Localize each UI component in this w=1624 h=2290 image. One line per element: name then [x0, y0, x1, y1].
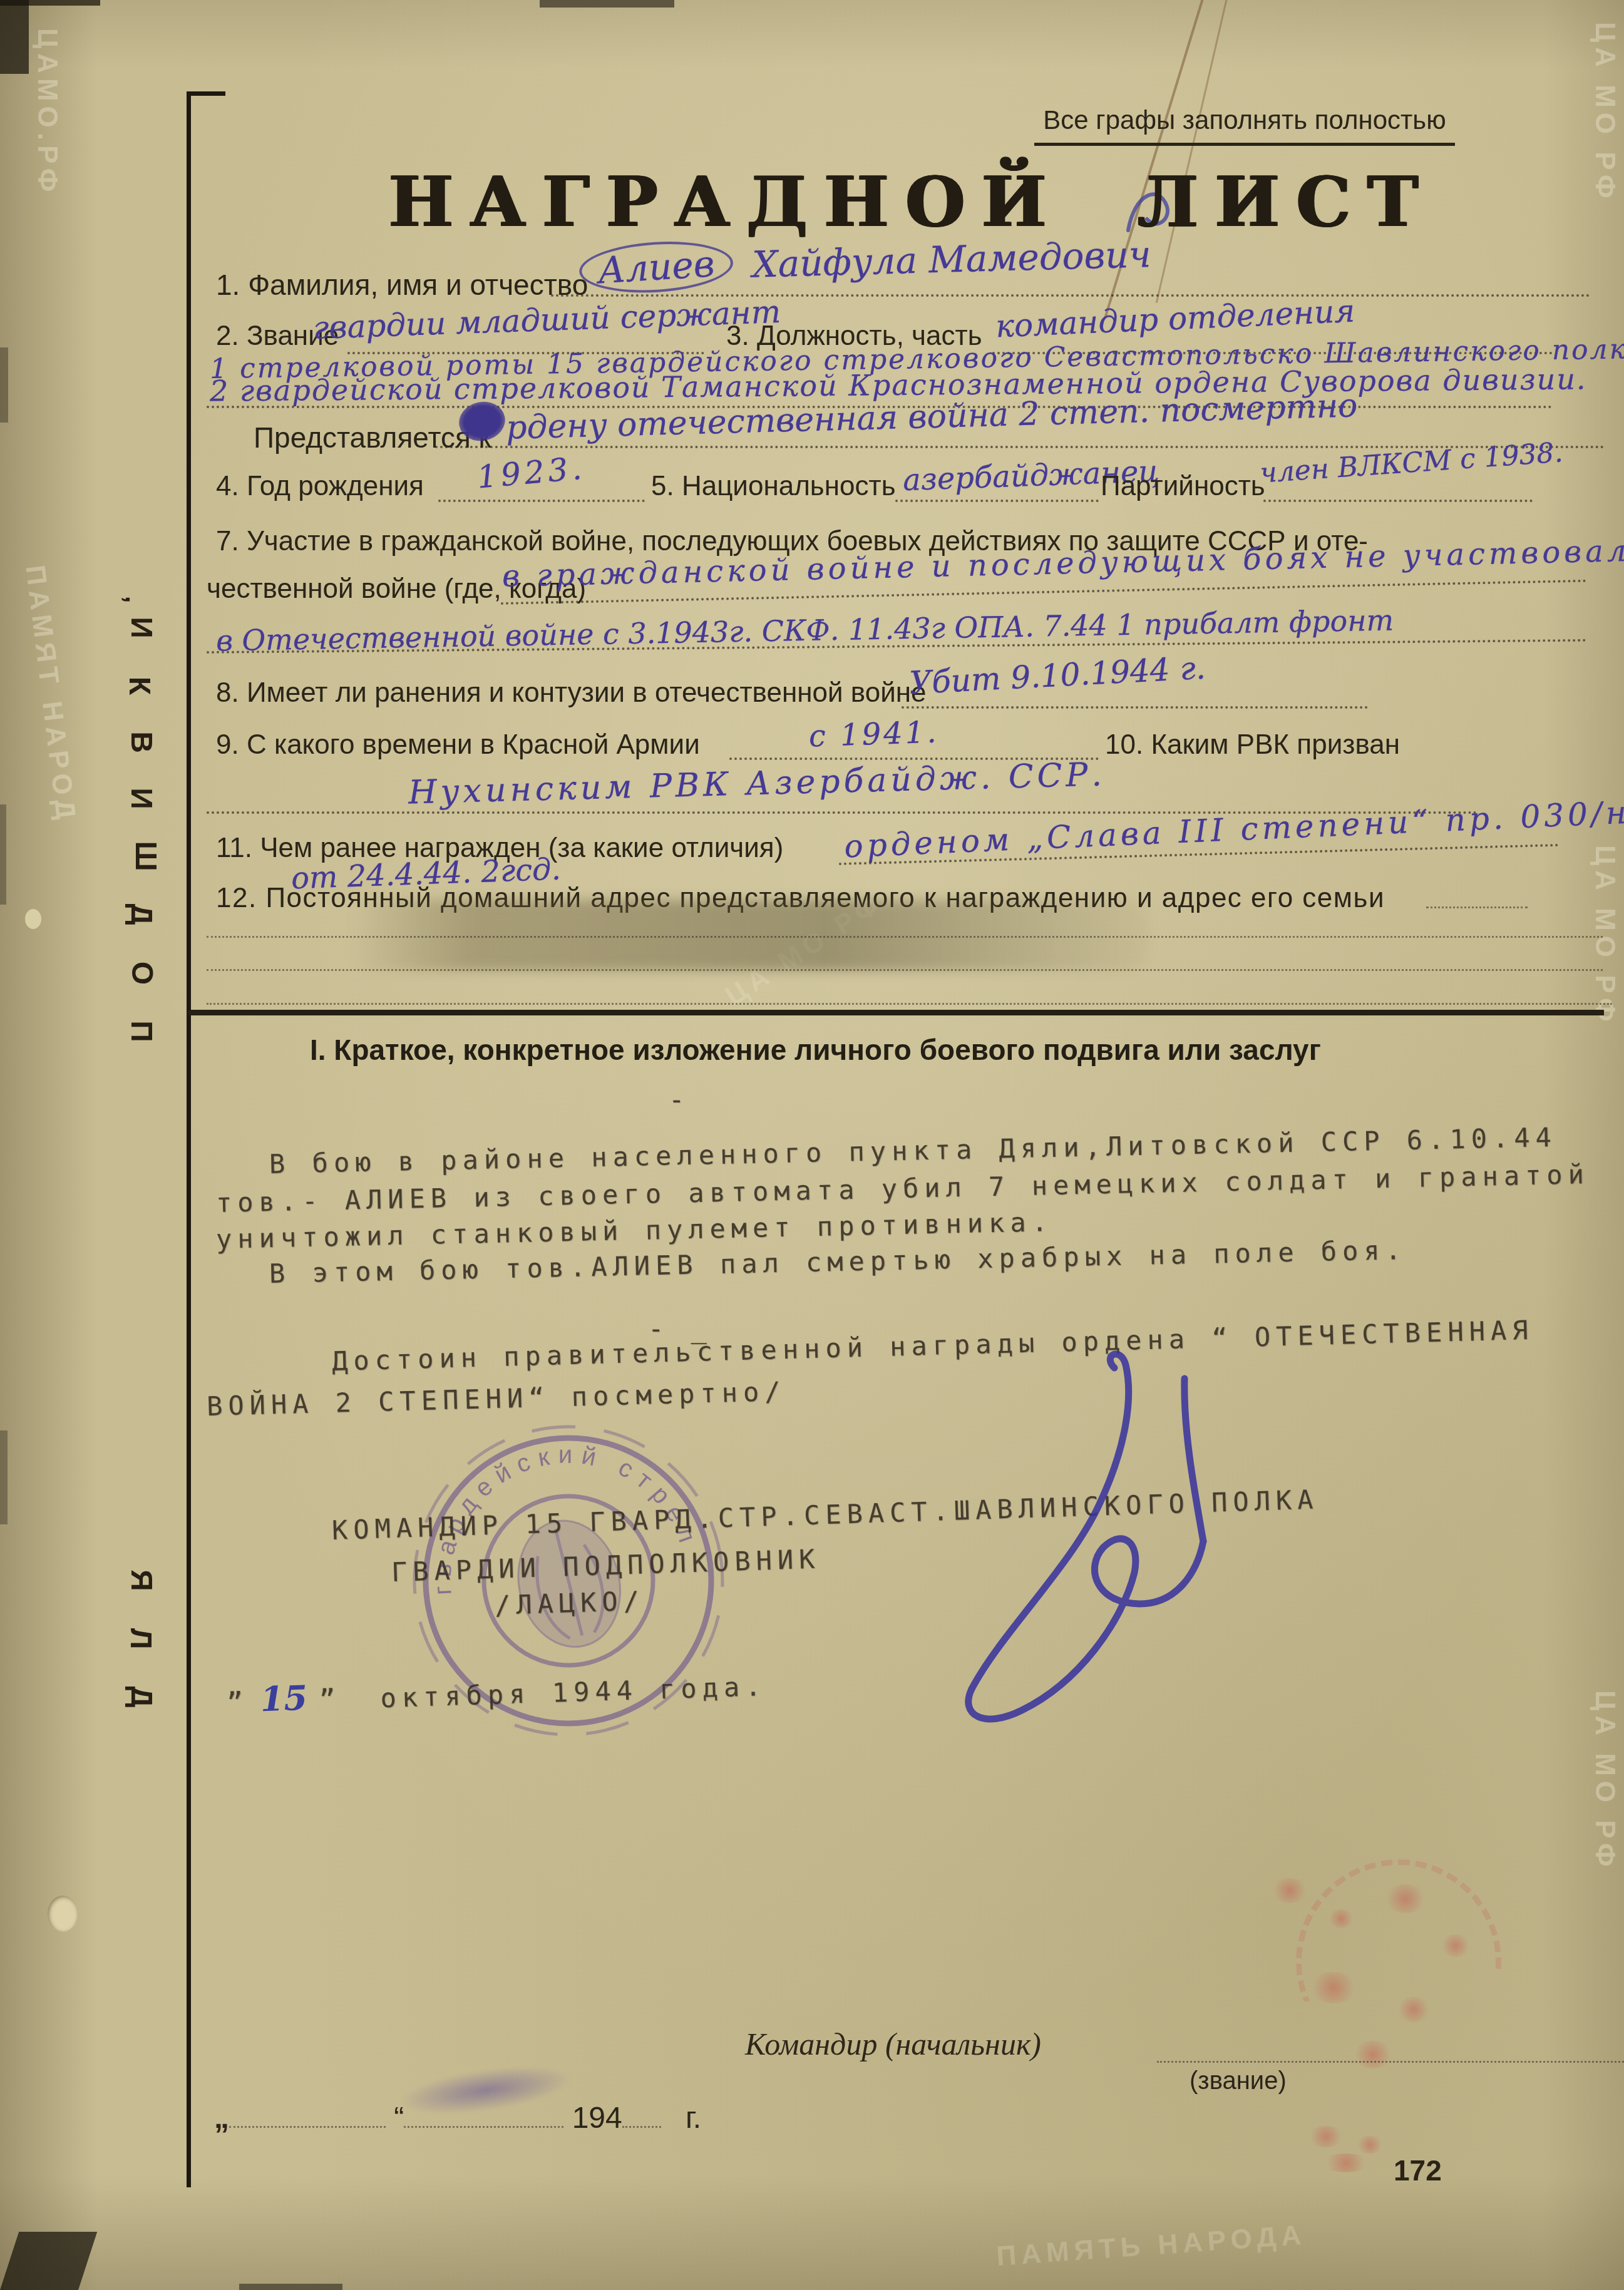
dotted-line [1426, 906, 1528, 908]
date-close-quote: ” [319, 1683, 342, 1716]
scan-edge-artifact [0, 0, 29, 74]
dotted-segment [404, 2126, 563, 2128]
field-rvk-value: Нухинским РВК Азербайдж. ССР. [408, 756, 1106, 811]
pen-stroke [1156, 0, 1228, 303]
year-close-quote: “ [394, 2102, 404, 2135]
field-position-value-line1: командир отделения [995, 292, 1355, 344]
scan-edge-artifact [239, 2284, 342, 2290]
fill-all-fields-instruction: Все графы заполнять полностью [1034, 105, 1455, 146]
year-suffix: г. [686, 2102, 701, 2135]
margin-letter: Д [124, 903, 158, 925]
section-divider-rule [188, 1010, 1604, 1015]
field-party-value: член ВЛКСМ с 1938. [1259, 436, 1564, 490]
margin-letter: Д [124, 1686, 158, 1707]
dotted-line [902, 706, 1368, 709]
margin-letter: В [124, 731, 158, 753]
dotted-line [207, 969, 1603, 971]
dotted-line [438, 500, 645, 502]
margin-letter: П [124, 1020, 158, 1042]
typed-dash-mark: - [669, 1084, 690, 1115]
margin-letter: Ш [128, 841, 163, 871]
margin-rule-corner [187, 91, 225, 96]
paper-hole [25, 909, 41, 929]
dotted-segment [229, 2126, 386, 2128]
name-patronymic: Хайфула Мамедович [751, 233, 1151, 286]
year-open-quote: „ [214, 2102, 229, 2135]
watermark-camo: ЦАМО.РФ [31, 28, 63, 197]
margin-letter: Л [123, 1628, 158, 1650]
scanned-award-sheet: ЦАМО.РФ ПАМЯТ НАРОД ЦА МО РФ ЦА МО РФ ЦА… [0, 0, 1624, 2290]
redacted-address-smudge [351, 900, 1149, 970]
commander-signature [914, 1340, 1240, 1753]
dotted-line [1157, 2061, 1624, 2063]
dotted-line [1263, 500, 1533, 502]
field-army-since-label: 9. С какого времени в Красной Армии [216, 729, 700, 761]
scan-edge-artifact [0, 2232, 97, 2290]
footer-commander-label: Командир (начальник) [745, 2026, 1041, 2062]
field-birth-year-label: 4. Год рождения [216, 471, 424, 502]
dotted-segment [622, 2126, 661, 2128]
margin-comma: , [120, 596, 148, 603]
field-birth-year-value: 1923. [476, 450, 587, 496]
red-speck [1355, 2136, 1384, 2154]
scan-edge-artifact [0, 347, 8, 423]
watermark-pamyat: ПАМЯТ НАРОД [19, 563, 81, 826]
red-speck [1307, 2126, 1345, 2147]
field-rvk-label: 10. Каким РВК призван [1105, 729, 1400, 761]
field-nationality-label: 5. Национальность [651, 471, 896, 502]
red-stamp-residue [1252, 1853, 1528, 2091]
margin-letter: О [125, 962, 159, 985]
field-surname-label: 1. Фамилия, имя и отчество [216, 268, 588, 302]
field-army-since-value: с 1941. [808, 714, 939, 754]
watermark-pamyat: ПАМЯТЬ НАРОДА [995, 2219, 1307, 2272]
scan-edge-artifact [0, 0, 100, 6]
footer-year-line: „ “ 194 г. [214, 2101, 701, 2135]
field-party-label: Партийность [1101, 471, 1265, 502]
scan-edge-artifact [540, 0, 674, 8]
surname-circled: Алиев [578, 237, 735, 297]
submitted-for-label: Представляется к [254, 421, 491, 454]
signer-line-name: /ЛАЦКО/ [494, 1585, 645, 1621]
margin-rule-vertical [187, 91, 191, 2187]
field-wounds-label: 8. Имеет ли ранения и контузии в отечест… [216, 677, 927, 709]
scan-edge-artifact [0, 1430, 8, 1524]
dotted-line [207, 936, 1603, 938]
watermark-camo: ЦА МО РФ [1589, 22, 1620, 203]
field-wounds-value: Убит 9.10.1944 г. [908, 650, 1206, 702]
margin-letter: И [124, 788, 158, 809]
watermark-camo: ЦА МО РФ [1589, 1690, 1620, 1872]
margin-letter: Я [124, 1569, 158, 1591]
date-open-quote: ” [226, 1687, 249, 1719]
section1-heading: I. Краткое, конкретное изложение личного… [310, 1033, 1321, 1067]
footer-rank-caption: (звание) [1190, 2067, 1287, 2095]
scan-edge-artifact [0, 804, 6, 905]
dotted-line [207, 1003, 1612, 1005]
date-day-handwritten: 15 [260, 1678, 308, 1719]
red-speck [1321, 2154, 1371, 2172]
margin-letter: И [124, 617, 158, 639]
page-number: 172 [1394, 2154, 1442, 2187]
paper-hole [48, 1896, 78, 1932]
dotted-line [895, 500, 1099, 502]
margin-letter: К [122, 677, 157, 695]
year-number: 194 [572, 2102, 622, 2135]
